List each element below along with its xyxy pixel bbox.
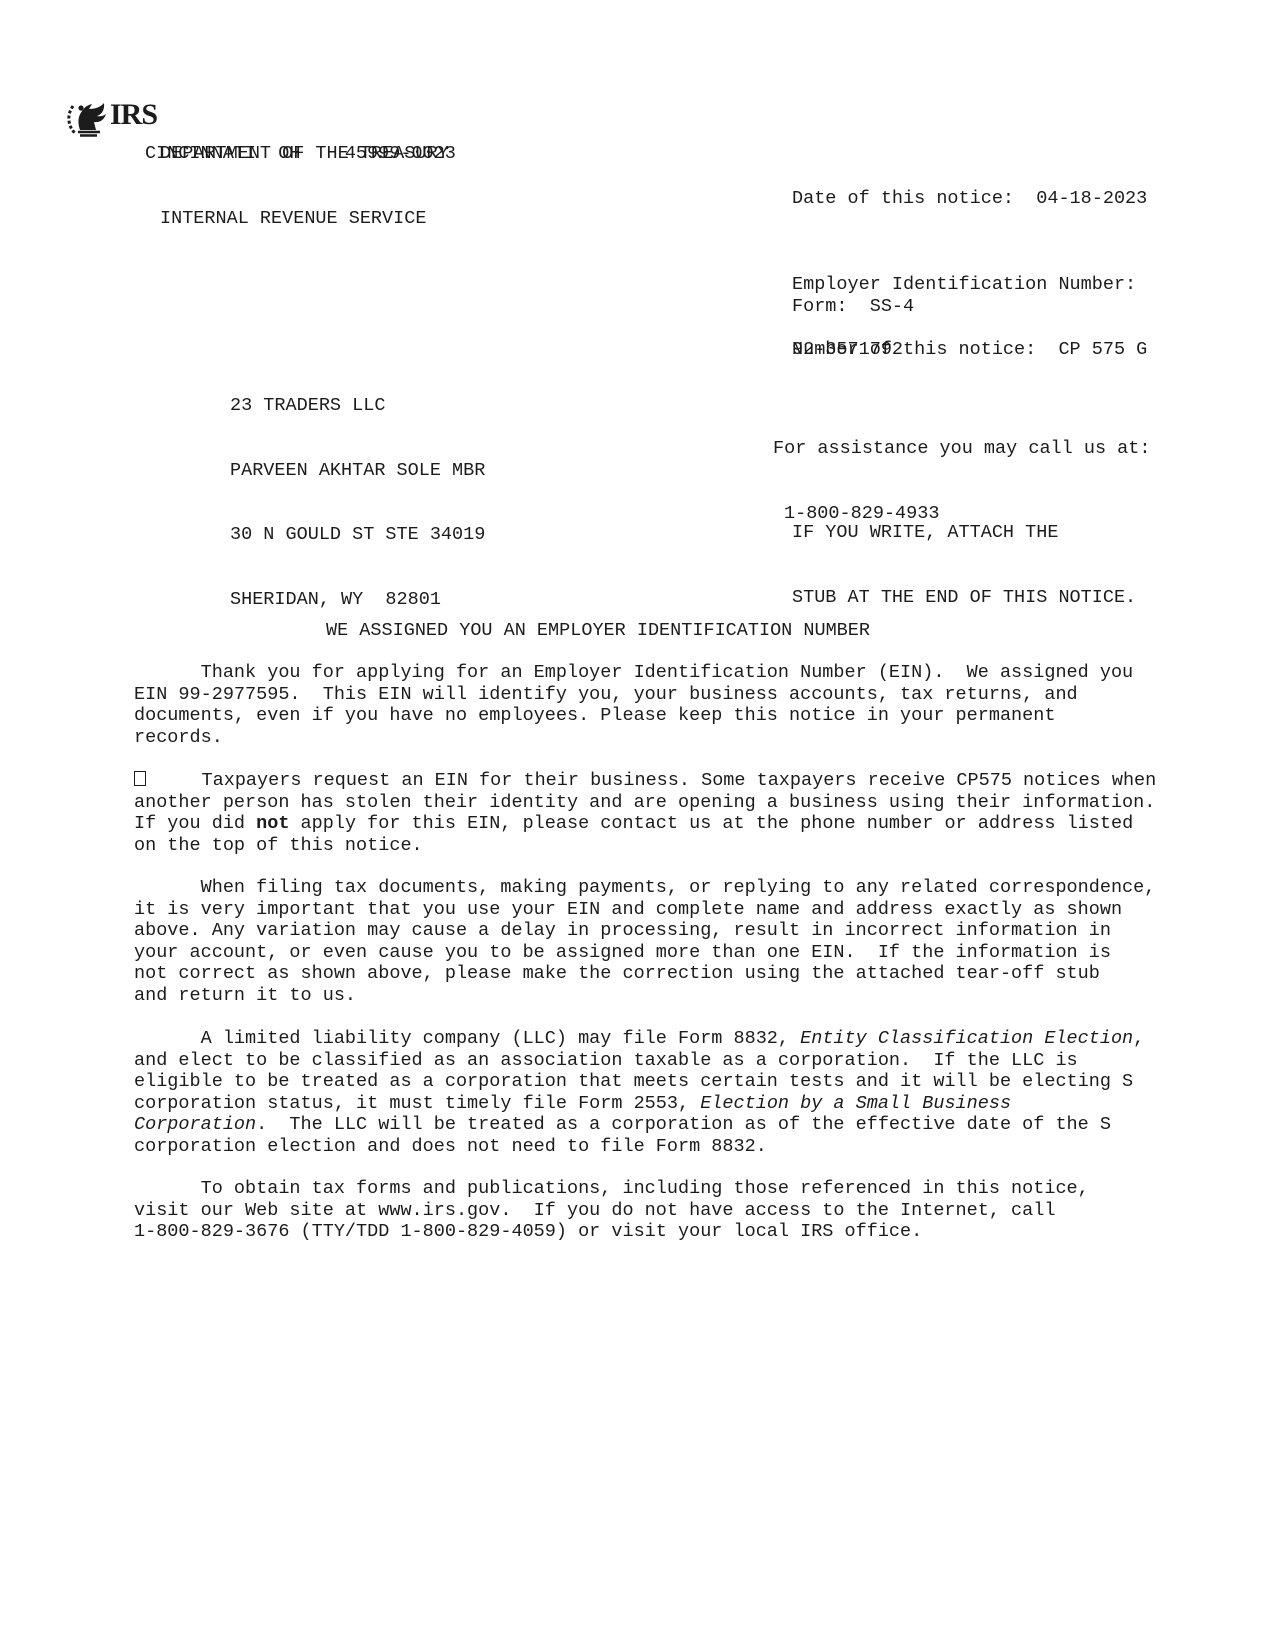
write-note-line: STUB AT THE END OF THIS NOTICE. xyxy=(792,587,1136,609)
irs-wordmark: IRS xyxy=(110,100,157,130)
paragraph-text: . The LLC will be treated as a corporati… xyxy=(134,1114,1111,1157)
paragraph-thank-you: Thank you for applying for an Employer I… xyxy=(134,662,1133,748)
recipient-address-block: 23 TRADERS LLC PARVEEN AKHTAR SOLE MBR 3… xyxy=(230,352,485,653)
recipient-name: 23 TRADERS LLC xyxy=(230,395,485,417)
bold-not: not xyxy=(256,813,289,834)
notice-date-line: Date of this notice: 04-18-2023 xyxy=(792,188,1147,210)
ein-label: Employer Identification Number: xyxy=(792,274,1136,296)
notice-heading: WE ASSIGNED YOU AN EMPLOYER IDENTIFICATI… xyxy=(326,620,870,642)
form-line: Form: SS-4 xyxy=(792,296,914,318)
notice-number-line: Number of this notice: CP 575 G xyxy=(792,339,1147,361)
paragraph-use-ein: When filing tax documents, making paymen… xyxy=(134,877,1155,1006)
service-line: INTERNAL REVENUE SERVICE xyxy=(160,208,449,230)
italic-entity-classification: Entity Classification Election xyxy=(800,1028,1133,1049)
recipient-city: SHERIDAN, WY 82801 xyxy=(230,589,485,611)
recipient-street: 30 N GOULD ST STE 34019 xyxy=(230,524,485,546)
paragraph-tax-forms: To obtain tax forms and publications, in… xyxy=(134,1178,1089,1243)
paragraph-text: A limited liability company (LLC) may fi… xyxy=(134,1028,800,1049)
assistance-label: For assistance you may call us at: xyxy=(773,438,1150,460)
letterhead-department-lines: DEPARTMENT OF THE TREASURY INTERNAL REVE… xyxy=(160,100,449,272)
paragraph-llc-election: A limited liability company (LLC) may fi… xyxy=(134,1028,1144,1157)
irs-cp575-notice-page: IRS DEPARTMENT OF THE TREASURY INTERNAL … xyxy=(0,0,1275,1650)
write-note-line: IF YOU WRITE, ATTACH THE xyxy=(792,522,1136,544)
recipient-attn: PARVEEN AKHTAR SOLE MBR xyxy=(230,460,485,482)
irs-eagle-logo xyxy=(66,99,108,137)
paragraph-identity-warning: Taxpayers request an EIN for their busin… xyxy=(134,770,1156,856)
letterhead-city-line: CINCINNATI OH 45999-0023 xyxy=(145,143,456,165)
checkbox-glyph xyxy=(134,771,146,786)
